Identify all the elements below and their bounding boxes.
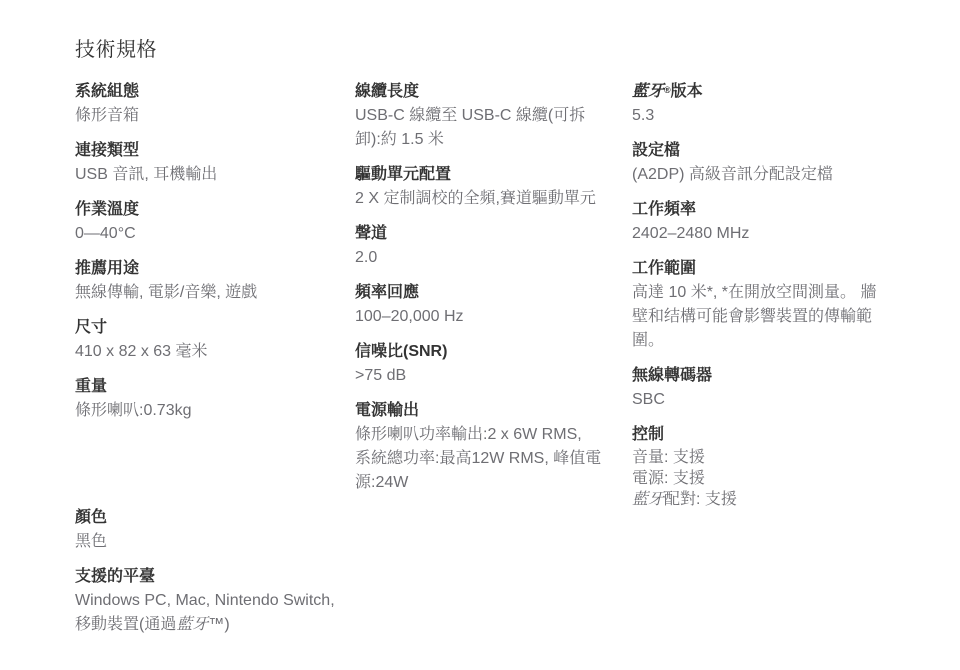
platforms-line2-pre: 移動裝置(通過: [75, 616, 176, 633]
section-heading: 推薦用途: [75, 257, 360, 281]
bluetooth-trademark-text: 藍牙™: [176, 616, 224, 633]
section-profile: 設定檔 (A2DP) 高級音訊分配設定檔: [632, 139, 892, 187]
section-weight: 重量 條形喇叭:0.73kg: [75, 375, 360, 423]
section-wireless-codec: 無線轉碼器 SBC: [632, 364, 892, 412]
section-heading: 聲道: [355, 222, 640, 246]
section-value: 系統總功率:最高12W RMS, 峰值電: [355, 447, 640, 471]
section-operating-temperature: 作業溫度 0—40°C: [75, 198, 360, 246]
specs-column-middle: 線纜長度 USB-C 線纜至 USB-C 線纜(可拆 卸):約 1.5 米 驅動…: [355, 80, 640, 506]
section-value: 藍牙配對: 支援: [632, 489, 892, 510]
section-channels: 聲道 2.0: [355, 222, 640, 270]
section-value: 條形音箱: [75, 104, 360, 128]
section-heading: 線纜長度: [355, 80, 640, 104]
section-supported-platforms: 支援的平臺 Windows PC, Mac, Nintendo Switch, …: [75, 565, 360, 637]
section-heading: 驅動單元配置: [355, 163, 640, 187]
specs-column-left: 系統組態 條形音箱 連接類型 USB 音訊, 耳機輸出 作業溫度 0—40°C …: [75, 80, 360, 648]
section-value: 無線傳輸, 電影/音樂, 遊戲: [75, 281, 360, 305]
section-heading: 信噪比(SNR): [355, 340, 640, 364]
section-value: 100–20,000 Hz: [355, 305, 640, 329]
section-operating-frequency: 工作頻率 2402–2480 MHz: [632, 198, 892, 246]
section-heading: 頻率回應: [355, 281, 640, 305]
section-value: 電源: 支援: [632, 468, 892, 489]
page-title: 技術規格: [75, 36, 157, 64]
section-heading: 無線轉碼器: [632, 364, 892, 388]
section-heading: 作業溫度: [75, 198, 360, 222]
section-heading: 重量: [75, 375, 360, 399]
section-driver-configuration: 驅動單元配置 2 X 定制調校的全頻,賽道驅動單元: [355, 163, 640, 211]
section-heading: 控制: [632, 423, 892, 447]
section-value: Windows PC, Mac, Nintendo Switch,: [75, 589, 360, 613]
section-power-output: 電源輸出 條形喇叭功率輸出:2 x 6W RMS, 系統總功率:最高12W RM…: [355, 399, 640, 495]
section-heading: 系統組態: [75, 80, 360, 104]
section-value: 條形喇叭:0.73kg: [75, 399, 360, 423]
section-value: 音量: 支援: [632, 447, 892, 468]
specs-column-right: 藍牙®版本 5.3 設定檔 (A2DP) 高級音訊分配設定檔 工作頻率 2402…: [632, 80, 892, 521]
section-value: 圍。: [632, 329, 892, 353]
section-frequency-response: 頻率回應 100–20,000 Hz: [355, 281, 640, 329]
section-color: 顏色 黑色: [75, 506, 360, 554]
bluetooth-brand-text: 藍牙: [632, 491, 664, 508]
section-value: 移動裝置(通過藍牙™): [75, 613, 360, 637]
section-value: USB-C 線纜至 USB-C 線纜(可拆: [355, 104, 640, 128]
section-value: 卸):約 1.5 米: [355, 128, 640, 152]
controls-pairing-text: 配對: 支援: [664, 491, 737, 508]
section-heading: 尺寸: [75, 316, 360, 340]
section-heading: 顏色: [75, 506, 360, 530]
section-heading: 電源輸出: [355, 399, 640, 423]
section-value: 壁和结構可能會影響裝置的傳輸範: [632, 305, 892, 329]
section-connection-type: 連接類型 USB 音訊, 耳機輸出: [75, 139, 360, 187]
section-value: 5.3: [632, 104, 892, 128]
section-heading: 工作頻率: [632, 198, 892, 222]
section-value: >75 dB: [355, 364, 640, 388]
section-heading: 藍牙®版本: [632, 80, 892, 104]
section-heading: 工作範圍: [632, 257, 892, 281]
section-heading: 設定檔: [632, 139, 892, 163]
registered-trademark-symbol: ®: [664, 85, 671, 95]
section-value: USB 音訊, 耳機輸出: [75, 163, 360, 187]
section-value: 源:24W: [355, 471, 640, 495]
section-value: (A2DP) 高級音訊分配設定檔: [632, 163, 892, 187]
section-value: 2402–2480 MHz: [632, 222, 892, 246]
section-heading: 連接類型: [75, 139, 360, 163]
section-cable-length: 線纜長度 USB-C 線纜至 USB-C 線纜(可拆 卸):約 1.5 米: [355, 80, 640, 152]
section-value: 條形喇叭功率輸出:2 x 6W RMS,: [355, 423, 640, 447]
section-value: 2.0: [355, 246, 640, 270]
section-controls: 控制 音量: 支援 電源: 支援 藍牙配對: 支援: [632, 423, 892, 510]
section-value: 2 X 定制調校的全頻,賽道驅動單元: [355, 187, 640, 211]
section-system-configuration: 系統組態 條形音箱: [75, 80, 360, 128]
section-value: 高達 10 米*, *在開放空間測量。 牆: [632, 281, 892, 305]
section-snr: 信噪比(SNR) >75 dB: [355, 340, 640, 388]
section-heading: 支援的平臺: [75, 565, 360, 589]
section-dimensions: 尺寸 410 x 82 x 63 毫米: [75, 316, 360, 364]
section-value: SBC: [632, 388, 892, 412]
section-value: 410 x 82 x 63 毫米: [75, 340, 360, 364]
section-recommended-usage: 推薦用途 無線傳輸, 電影/音樂, 遊戲: [75, 257, 360, 305]
section-value: 0—40°C: [75, 222, 360, 246]
section-bluetooth-version: 藍牙®版本 5.3: [632, 80, 892, 128]
bluetooth-brand-text: 藍牙: [632, 83, 664, 100]
section-operating-range: 工作範圍 高達 10 米*, *在開放空間測量。 牆 壁和结構可能會影響裝置的傳…: [632, 257, 892, 353]
bluetooth-version-heading-rest: 版本: [671, 83, 703, 100]
tech-specs-page: 技術規格 系統組態 條形音箱 連接類型 USB 音訊, 耳機輸出 作業溫度 0—…: [0, 0, 960, 670]
section-value: 黑色: [75, 530, 360, 554]
platforms-line2-post: ): [224, 616, 229, 633]
